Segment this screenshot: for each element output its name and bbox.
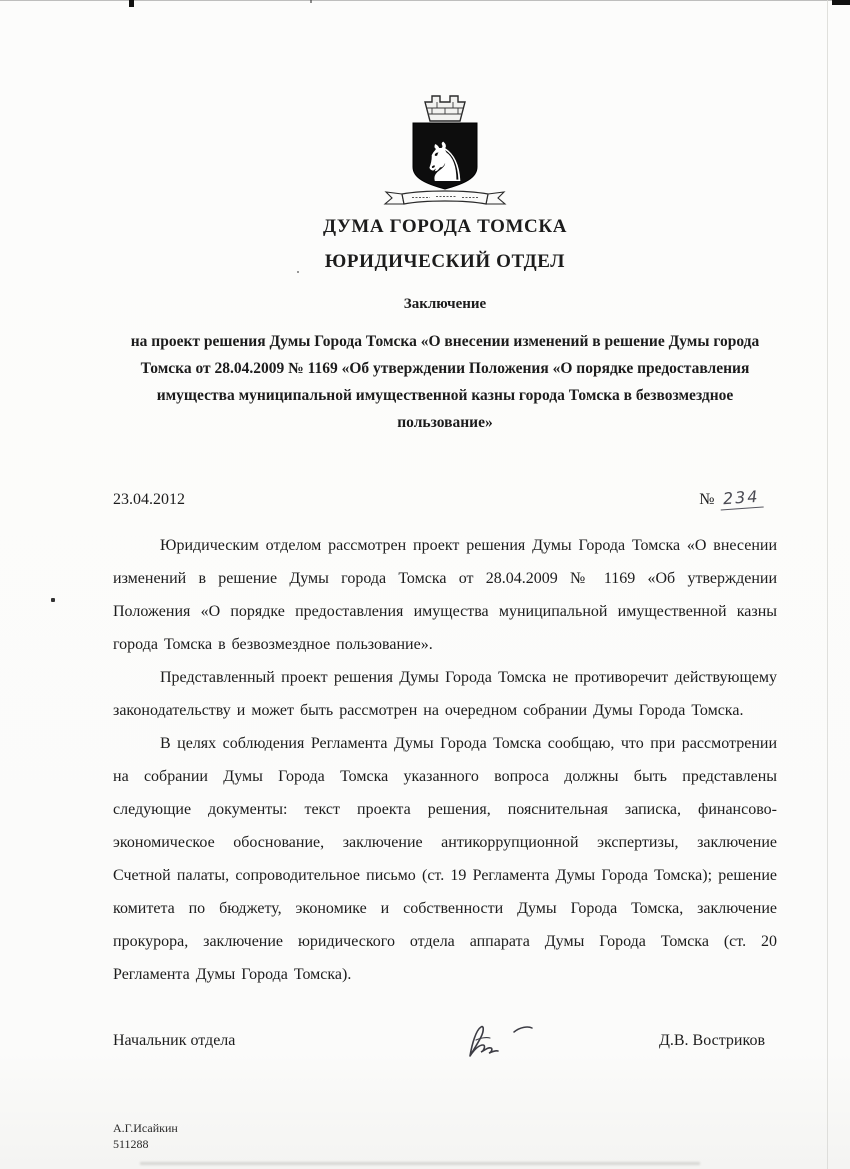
scan-artifact-corner <box>832 0 850 5</box>
paragraph: Представленный проект решения Думы Город… <box>113 661 777 727</box>
scan-edge-right <box>827 0 828 1169</box>
white-horse-icon: ♞ <box>421 131 469 194</box>
document-type-title: Заключение <box>113 296 777 313</box>
document-subject: на проект решения Думы Города Томска «О … <box>113 328 777 436</box>
document-date: 23.04.2012 <box>113 491 185 509</box>
ribbon-banner-icon <box>385 191 505 204</box>
date-number-row: 23.04.2012 № 234 <box>113 488 777 509</box>
mural-crown-icon <box>425 96 465 121</box>
executor-block: А.Г.Исайкин 511288 <box>113 1120 777 1152</box>
body-paragraphs: Юридическим отделом рассмотрен проект ре… <box>113 529 777 991</box>
handwritten-signature-icon <box>235 1020 659 1062</box>
signer-name: Д.В. Востриков <box>659 1032 765 1050</box>
signature-row: Начальник отдела Д.В. Востриков <box>113 1020 777 1062</box>
number-label: № <box>699 491 714 509</box>
executor-name: А.Г.Исайкин <box>113 1120 777 1136</box>
handwritten-number: 234 <box>720 487 764 511</box>
signer-position: Начальник отдела <box>113 1032 235 1050</box>
document-number: № 234 <box>699 488 763 509</box>
executor-phone: 511288 <box>113 1136 777 1152</box>
scan-speck <box>51 598 55 602</box>
org-name: ДУМА ГОРОДА ТОМСКА <box>113 216 777 238</box>
document-body: ♞ ДУМА ГОРОДА ТОМСКА ЮРИДИЧЕСКИЙ ОТДЕЛ З… <box>113 0 777 1152</box>
department-name: ЮРИДИЧЕСКИЙ ОТДЕЛ <box>113 251 777 273</box>
paragraph: Юридическим отделом рассмотрен проект ре… <box>113 529 777 661</box>
paragraph: В целях соблюдения Регламента Думы Город… <box>113 727 777 991</box>
scan-smudge <box>140 1162 700 1165</box>
tomsk-coat-of-arms-icon: ♞ <box>380 93 510 211</box>
